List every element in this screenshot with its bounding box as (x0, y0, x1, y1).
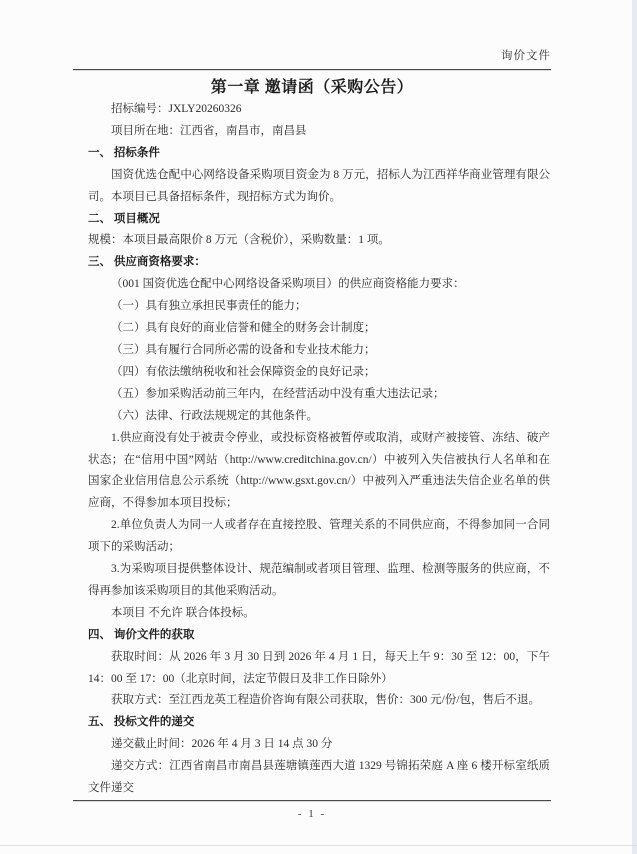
section-heading: 一、 招标条件 (88, 143, 550, 165)
paragraph: （六）法律、行政法规规定的其他条件。 (88, 406, 550, 428)
section-heading: 三、 供应商资格要求： (88, 252, 550, 274)
paragraph: 规模：本项目最高限价 8 万元（含税价），采购数量：1 项。 (88, 230, 550, 252)
paragraph: （一）具有独立承担民事责任的能力； (88, 296, 550, 318)
paragraph: （二）具有良好的商业信誉和健全的财务会计制度； (88, 318, 550, 340)
paragraph: 获取时间：从 2026 年 3 月 30 日到 2026 年 4 月 1 日，每… (88, 647, 550, 691)
paragraph: （三）具有履行合同所必需的设备和专业技术能力； (88, 340, 550, 362)
paragraph: 2.单位负责人为同一人或者存在直接控股、管理关系的不同供应商，不得参加同一合同项… (88, 515, 550, 559)
paragraph: 递交方式：江西省南昌市南昌县莲塘镇莲西大道 1329 号锦拓荣庭 A 座 6 楼… (88, 756, 550, 800)
paragraph: 递交截止时间：2026 年 4 月 3 日 14 点 30 分 (88, 734, 550, 756)
section-heading: 二、 项目概况 (88, 209, 550, 231)
paragraph: 1.供应商没有处于被责令停业，或投标资格被暂停或取消，或财产被接管、冻结、破产状… (88, 428, 550, 516)
section-heading: 五、 投标文件的递交 (88, 712, 550, 734)
document-body: 招标编号：JXLY20260326项目所在地：江西省，南昌市，南昌县一、 招标条… (88, 99, 550, 803)
header-rule (73, 69, 551, 70)
footer-rule (73, 800, 551, 801)
paragraph: 3.为采购项目提供整体设计、规范编制或者项目管理、监理、检测等服务的供应商，不得… (88, 559, 550, 603)
page-edge-right (632, 0, 637, 854)
page-edge-bottom (0, 845, 637, 846)
paragraph: 国资优选仓配中心网络设备采购项目资金为 8 万元，招标人为江西祥华商业管理有限公… (88, 165, 550, 209)
paragraph: 本项目 不允许 联合体投标。 (88, 603, 550, 625)
page-number: - 1 - (73, 808, 551, 820)
document-page: 询价文件 第一章 邀请函（采购公告） 招标编号：JXLY20260326项目所在… (0, 0, 637, 854)
section-heading: 四、 询价文件的获取 (88, 625, 550, 647)
paragraph: （五）参加采购活动前三年内，在经营活动中没有重大违法记录； (88, 384, 550, 406)
paragraph: 获取方式：至江西龙英工程造价咨询有限公司获取，售价：300 元/份/包，售后不退… (88, 690, 550, 712)
paragraph: 招标编号：JXLY20260326 (88, 99, 550, 121)
paragraph: （四）有依法缴纳税收和社会保障资金的良好记录； (88, 362, 550, 384)
chapter-title: 第一章 邀请函（采购公告） (73, 74, 551, 97)
paragraph: 项目所在地：江西省，南昌市，南昌县 (88, 121, 550, 143)
document-type-label: 询价文件 (73, 47, 551, 63)
paragraph: （001 国资优选仓配中心网络设备采购项目）的供应商资格能力要求： (88, 274, 550, 296)
